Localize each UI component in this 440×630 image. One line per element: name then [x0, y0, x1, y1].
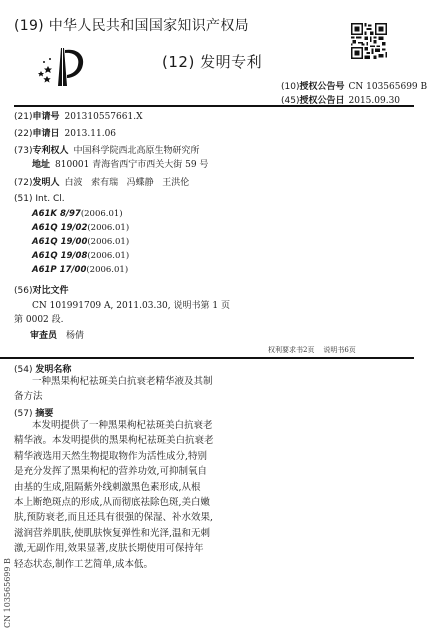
invention-title-line1: 一种黑果枸杞祛斑美白抗衰老精华液及其制 — [32, 374, 213, 389]
field-label: 申请号 — [32, 112, 59, 122]
reference-citation-line1: CN 101991709 A, 2011.03.30, 说明书第 1 页 — [32, 298, 230, 311]
patentee-address: 地址810001 青海省西宁市西关大街 59 号 — [32, 157, 208, 170]
field-number: (54) — [14, 365, 32, 375]
invention-title-line2: 备方法 — [14, 389, 43, 404]
ipc-class-item: A61Q 19/00(2006.01) — [32, 237, 129, 247]
ipc-version: (2006.01) — [87, 237, 129, 247]
abstract-line: 由基的生成,阻隔紫外线刺激黑色素形成,从根 — [14, 480, 214, 495]
field-label: 申请日 — [32, 129, 59, 139]
grant-publication-number: (10)授权公告号CN 103565699 B — [281, 79, 427, 92]
ipc-class-item: A61Q 19/08(2006.01) — [32, 251, 129, 261]
field-number: (73) — [14, 146, 32, 156]
field-number: (72) — [14, 178, 32, 188]
margin-publication-id: CN 103565699 B — [3, 558, 12, 628]
doctype-label: 发明专利 — [200, 53, 262, 71]
section-divider — [0, 357, 414, 359]
field-value: 白波 索有瑞 冯蝶静 王洪伦 — [65, 178, 190, 188]
field-value: 杨倩 — [66, 331, 84, 341]
ipc-version: (2006.01) — [87, 223, 129, 233]
field-value: 201310557661.X — [65, 112, 143, 122]
field-label: Int. Cl. — [35, 194, 64, 204]
ipc-code: A61Q 19/02 — [32, 223, 87, 233]
ipc-class-item: A61K 8/97(2006.01) — [32, 209, 123, 219]
abstract-line: 精华液。本发明提供的黑果枸杞祛斑美白抗衰老 — [14, 433, 214, 448]
abstract-body: 本发明提供了一种黑果枸杞祛斑美白抗衰老 精华液。本发明提供的黑果枸杞祛斑美白抗衰… — [14, 418, 214, 572]
references-heading: (56)对比文件 — [14, 283, 69, 296]
field-value: CN 103565699 B — [349, 82, 428, 92]
abstract-line: 激,无副作用,效果显著,皮肤长期使用可保持年 — [14, 541, 214, 556]
application-number: (21)申请号201310557661.X — [14, 109, 142, 122]
field-value: 中国科学院西北高原生物研究所 — [74, 146, 200, 156]
filing-date: (22)申请日2013.11.06 — [14, 126, 116, 139]
field-label: 发明人 — [32, 178, 59, 188]
patentee: (73)专利权人中国科学院西北高原生物研究所 — [14, 143, 200, 156]
inventors: (72)发明人白波 索有瑞 冯蝶静 王洪伦 — [14, 175, 189, 188]
ipc-code: A61K 8/97 — [32, 209, 81, 219]
ipc-version: (2006.01) — [86, 265, 128, 275]
header-divider — [14, 105, 414, 107]
reference-citation-line2: 第 0002 段. — [14, 312, 64, 325]
field-label: 对比文件 — [32, 286, 68, 296]
field-number: (22) — [14, 129, 32, 139]
ipc-class-item: A61P 17/00(2006.01) — [32, 265, 128, 275]
field-value: 810001 青海省西宁市西关大街 59 号 — [55, 160, 208, 170]
abstract-line: 本发明提供了一种黑果枸杞祛斑美白抗衰老 — [14, 418, 214, 433]
field-label: 审查员 — [30, 331, 57, 341]
doctype-number: (12) — [162, 53, 195, 71]
field-label: 专利权人 — [32, 146, 68, 156]
field-label: 授权公告号 — [299, 82, 344, 92]
field-number: (10) — [281, 82, 299, 92]
field-number: (56) — [14, 286, 32, 296]
field-value: 2013.11.06 — [65, 129, 117, 139]
abstract-line: 肤,预防衰老,而且还具有很强的保湿、补水效果, — [14, 510, 214, 525]
ipc-class-item: A61Q 19/02(2006.01) — [32, 223, 129, 233]
ipc-code: A61Q 19/00 — [32, 237, 87, 247]
abstract-line: 是充分发挥了黑果枸杞的营养功效,可抑制氧自 — [14, 464, 214, 479]
page-counts: 权利要求书2页 说明书6页 — [268, 345, 356, 355]
abstract-line: 精华液选用天然生物提取物作为活性成分,特别 — [14, 449, 214, 464]
office-name: 中华人民共和国国家知识产权局 — [49, 18, 249, 34]
examiner: 审查员杨倩 — [30, 328, 84, 341]
abstract-line: 本上断绝斑点的形成,从而彻底祛除色斑,美白嫩 — [14, 495, 214, 510]
ipc-code: A61Q 19/08 — [32, 251, 87, 261]
field-number: (51) — [14, 194, 32, 204]
field-number: (21) — [14, 112, 32, 122]
cnipa-logo-icon — [36, 44, 92, 88]
ipc-version: (2006.01) — [87, 251, 129, 261]
field-label: 地址 — [32, 160, 50, 170]
abstract-line: 滋润营养肌肤,使肌肤恢复弹性和光泽,温和无刺 — [14, 526, 214, 541]
abstract-line: 轻态状态,制作工艺简单,成本低。 — [14, 557, 214, 572]
qr-code-icon — [351, 23, 387, 59]
ipc-version: (2006.01) — [81, 209, 123, 219]
issuing-office: (19) 中华人民共和国国家知识产权局 — [14, 15, 249, 35]
document-type: (12) 发明专利 — [162, 51, 262, 72]
ipc-code: A61P 17/00 — [32, 265, 86, 275]
office-number: (19) — [14, 18, 44, 34]
int-cl-heading: (51) Int. Cl. — [14, 194, 65, 204]
